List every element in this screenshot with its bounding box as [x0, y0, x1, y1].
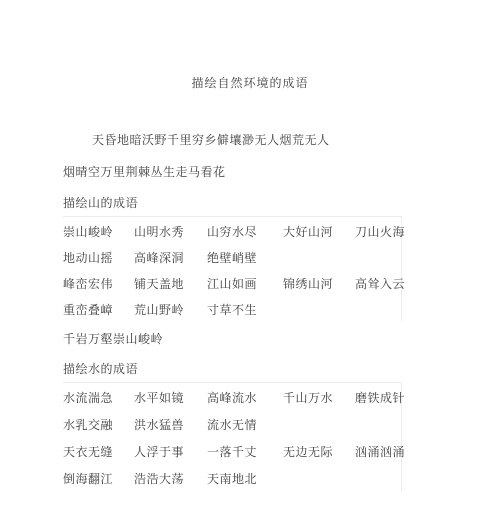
- idiom-cell: 刀山火海: [355, 217, 405, 243]
- idiom-cell: 千山万水: [283, 383, 355, 410]
- idiom-cell: [355, 410, 405, 437]
- idiom-cell: 水平如镜: [134, 383, 207, 410]
- idiom-cell: 峰峦宏伟: [63, 269, 134, 295]
- idiom-cell: [283, 295, 355, 321]
- idiom-cell: 大好山河: [283, 217, 355, 243]
- idiom-cell: 倒海翻江: [63, 464, 134, 491]
- idiom-cell: 高峰流水: [207, 383, 283, 410]
- idiom-cell: [283, 243, 355, 269]
- intro-paragraph-line-2: 烟晴空万里荆棘丛生走马看花: [63, 163, 226, 180]
- idiom-cell: 水乳交融: [63, 410, 134, 437]
- idiom-cell: 水流湍急: [63, 383, 134, 410]
- idiom-cell: 锦绣山河: [283, 269, 355, 295]
- section-heading-water-idioms: 描绘水的成语: [63, 360, 138, 377]
- idiom-cell: 荒山野岭: [134, 295, 207, 321]
- idiom-cell: [355, 464, 405, 491]
- idiom-cell: 磨铁成针: [355, 383, 405, 410]
- idiom-cell: [355, 295, 405, 321]
- idiom-cell: 寸草不生: [207, 295, 283, 321]
- idiom-cell: 天衣无缝: [63, 437, 134, 464]
- page-title: 描绘自然环境的成语: [0, 74, 500, 91]
- idiom-cell: 汹涌汹涌: [355, 437, 405, 464]
- idiom-cell: [283, 410, 355, 437]
- idiom-cell: 天南地北: [207, 464, 283, 491]
- idiom-cell: 一落千丈: [207, 437, 283, 464]
- water-idioms-table: 水流湍急水平如镜高峰流水千山万水磨铁成针水乳交融洪水猛兽流水无情天衣无缝人浮于事…: [63, 382, 402, 491]
- mountain-idioms-table: 崇山峻岭山明水秀山穷水尽大好山河刀山火海地动山摇高峰深洞绝壁峭壁峰峦宏伟铺天盖地…: [63, 216, 402, 321]
- idiom-cell: 重峦叠嶂: [63, 295, 134, 321]
- idiom-cell: 铺天盖地: [134, 269, 207, 295]
- idiom-cell: [355, 243, 405, 269]
- idiom-cell: [283, 464, 355, 491]
- idiom-cell: 高耸入云: [355, 269, 405, 295]
- idiom-cell: 洪水猛兽: [134, 410, 207, 437]
- section-heading-mountain-idioms: 描绘山的成语: [63, 194, 138, 211]
- idiom-cell: 地动山摇: [63, 243, 134, 269]
- idiom-cell: 江山如画: [207, 269, 283, 295]
- mountain-section-footer-line: 千岩万壑崇山峻岭: [63, 330, 163, 347]
- intro-paragraph-line-1: 天昏地暗沃野千里穷乡僻壤渺无人烟荒无人: [92, 131, 330, 148]
- idiom-cell: 山明水秀: [134, 217, 207, 243]
- idiom-cell: 无边无际: [283, 437, 355, 464]
- idiom-cell: 人浮于事: [134, 437, 207, 464]
- idiom-cell: 绝壁峭壁: [207, 243, 283, 269]
- idiom-cell: 流水无情: [207, 410, 283, 437]
- idiom-cell: 浩浩大荡: [134, 464, 207, 491]
- idiom-cell: 山穷水尽: [207, 217, 283, 243]
- idiom-cell: 高峰深洞: [134, 243, 207, 269]
- idiom-cell: 崇山峻岭: [63, 217, 134, 243]
